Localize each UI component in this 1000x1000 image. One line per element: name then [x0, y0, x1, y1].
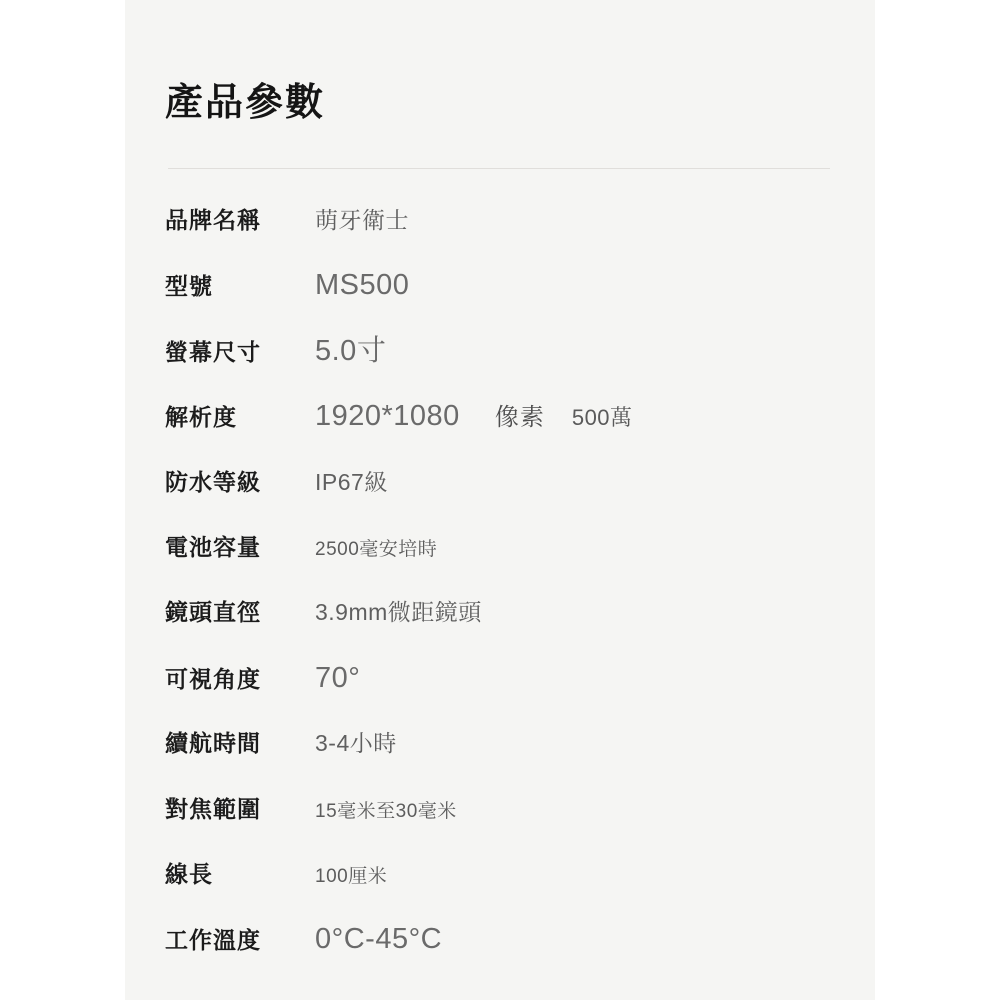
page-title: 產品參數: [165, 84, 325, 122]
spec-row-cable-length: 線長100厘米: [165, 842, 833, 907]
spec-value: 5.0寸: [315, 335, 386, 367]
spec-label: 螢幕尺寸: [165, 320, 315, 385]
spec-label: 防水等級: [165, 450, 315, 515]
spec-label: 解析度: [165, 385, 315, 450]
spec-extra-label: 像素: [495, 404, 545, 431]
spec-row-resolution: 解析度1920*1080像素500萬: [165, 384, 833, 449]
spec-row-viewing-angle: 可視角度70°: [165, 646, 833, 711]
spec-label: 續航時間: [165, 711, 315, 776]
spec-row-battery-capacity: 電池容量2500毫安培時: [165, 515, 833, 580]
spec-label: 可視角度: [165, 647, 315, 712]
spec-value: 2500毫安培時: [315, 539, 437, 560]
spec-value: IP67級: [315, 469, 388, 495]
spec-value: 15毫米至30毫米: [315, 801, 457, 822]
spec-row-operating-temperature: 工作溫度0°C-45°C: [165, 907, 833, 972]
spec-label: 工作溫度: [165, 908, 315, 973]
spec-row-battery-life: 續航時間3-4小時: [165, 711, 833, 776]
spec-row-brand-name: 品牌名稱萌牙衛士: [165, 188, 833, 253]
spec-label: 線長: [165, 842, 315, 907]
spec-value: 70°: [315, 662, 360, 694]
spec-value: MS500: [315, 269, 409, 301]
spec-row-lens-diameter: 鏡頭直徑3.9mm微距鏡頭: [165, 580, 833, 645]
spec-label: 鏡頭直徑: [165, 580, 315, 645]
spec-row-screen-size: 螢幕尺寸5.0寸: [165, 319, 833, 384]
spec-label: 對焦範圍: [165, 777, 315, 842]
spec-value: 萌牙衛士: [315, 207, 409, 233]
spec-table: 品牌名稱萌牙衛士 型號MS500 螢幕尺寸5.0寸 解析度1920*1080像素…: [165, 188, 833, 973]
spec-value: 3-4小時: [315, 730, 397, 756]
spec-row-focus-range: 對焦範圍15毫米至30毫米: [165, 777, 833, 842]
spec-value: 3.9mm微距鏡頭: [315, 599, 482, 625]
spec-row-waterproof-rating: 防水等級IP67級: [165, 450, 833, 515]
spec-panel: 產品參數 品牌名稱萌牙衛士 型號MS500 螢幕尺寸5.0寸 解析度1920*1…: [125, 0, 875, 1000]
title-divider: [168, 168, 830, 169]
spec-value: 1920*1080: [315, 400, 460, 432]
spec-label: 電池容量: [165, 515, 315, 580]
spec-value: 100厘米: [315, 866, 387, 887]
spec-label: 品牌名稱: [165, 188, 315, 253]
spec-label: 型號: [165, 254, 315, 319]
spec-value: 0°C-45°C: [315, 923, 442, 955]
spec-row-model: 型號MS500: [165, 253, 833, 318]
spec-extra-value: 500萬: [572, 405, 633, 430]
